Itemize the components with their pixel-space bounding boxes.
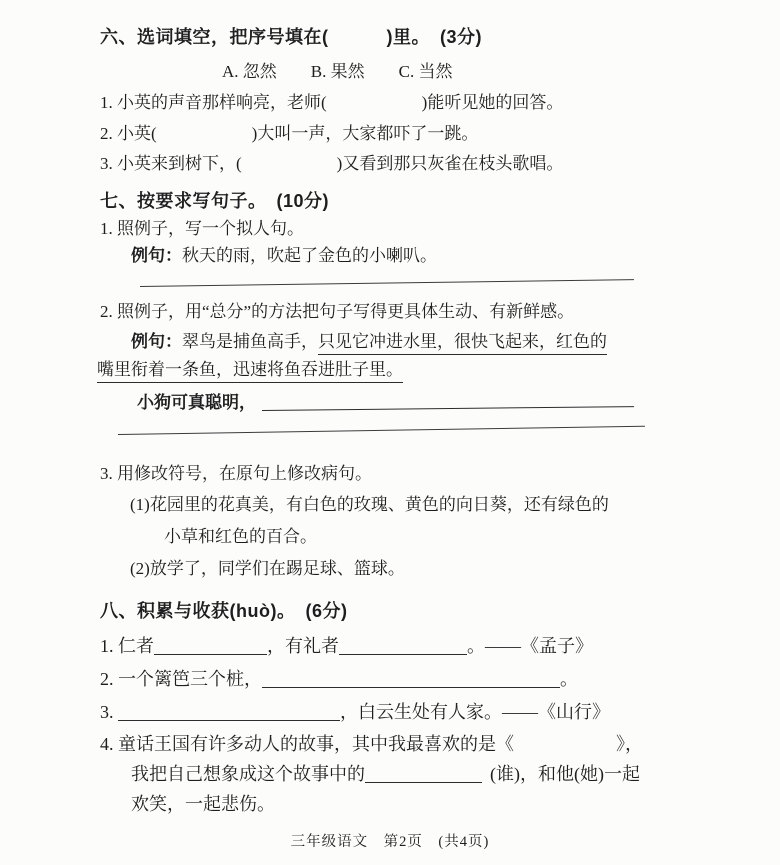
- section8-q4-line3: 欢笑，一起悲伤。: [131, 793, 275, 815]
- option-a: A. 忽然: [222, 62, 277, 81]
- test-paper-page: 六、选词填空，把序号填在()里。(3分) A. 忽然B. 果然C. 当然 1. …: [0, 0, 780, 865]
- question-text: ，白云生处有人家。: [340, 702, 502, 722]
- item-text: )能听见她的回答。: [422, 93, 564, 112]
- question-text: 。: [560, 669, 578, 689]
- section8-q2: 2. 一个篱笆三个桩，。: [100, 668, 578, 690]
- question-text: 1. 仁者: [100, 636, 154, 656]
- section6-title: 六、选词填空，把序号填在()里。(3分): [100, 26, 482, 48]
- answer-line: [140, 279, 634, 287]
- answer-blank: [262, 672, 560, 688]
- question-text: (1)花园里的花真美，有白色的玫瑰、黄色的向日葵，还有绿色的: [130, 495, 609, 514]
- section6-title-pre: 六、选词填空，把序号填在(: [100, 27, 329, 47]
- prompt-text: 小狗可真聪明，: [137, 393, 256, 412]
- section8-title-text: 八、积累与收获(huò)。: [100, 601, 295, 621]
- section6-item-2: 2. 小英()大叫一声，大家都吓了一跳。: [100, 123, 478, 145]
- section7-q3-sub1-line1: (1)花园里的花真美，有白色的玫瑰、黄色的向日葵，还有绿色的: [130, 494, 609, 516]
- question-text: 2. 照例子，用“总分”的方法把句子写得更具体生动、有新鲜感。: [100, 302, 574, 321]
- section6-score: (3分): [440, 27, 482, 47]
- answer-blank: [262, 391, 634, 411]
- item-text: 1. 小英的声音那样响亮，老师(: [100, 93, 327, 112]
- example-label: 例句：: [131, 332, 182, 351]
- item-text: )又看到那只灰雀在枝头歌唱。: [337, 154, 564, 173]
- example-label: 例句：: [131, 246, 182, 265]
- answer-blank: [154, 639, 267, 655]
- question-text: 3.: [100, 702, 118, 722]
- question-text: (2)放学了，同学们在踢足球、篮球。: [130, 559, 405, 578]
- section7-q1-example: 例句：秋天的雨，吹起了金色的小喇叭。: [131, 245, 437, 267]
- question-text: 。: [467, 636, 485, 656]
- option-c: C. 当然: [399, 62, 453, 81]
- question-text: 2. 一个篱笆三个桩，: [100, 669, 262, 689]
- answer-line: [118, 426, 645, 435]
- question-text: 1. 照例子，写一个拟人句。: [100, 219, 304, 238]
- section8-q3: 3. ，白云生处有人家。——《山行》: [100, 701, 610, 723]
- item-text: 2. 小英(: [100, 124, 157, 143]
- source-citation: ——《孟子》: [485, 636, 593, 656]
- section7-q1: 1. 照例子，写一个拟人句。: [100, 218, 304, 240]
- example-underlined-text: 嘴里衔着一条鱼，迅速将鱼吞进肚子里。: [97, 360, 403, 383]
- section8-score: (6分): [305, 601, 347, 621]
- section6-options: A. 忽然B. 果然C. 当然: [222, 61, 452, 83]
- answer-blank: [365, 767, 482, 783]
- section7-q2-example-line1: 例句：翠鸟是捕鱼高手，只见它冲进水里，很快飞起来，红色的: [131, 331, 607, 353]
- section7-q2: 2. 照例子，用“总分”的方法把句子写得更具体生动、有新鲜感。: [100, 301, 574, 323]
- page-footer: 三年级语文 第2页 (共4页): [0, 831, 780, 853]
- source-citation: ——《山行》: [502, 702, 610, 722]
- section6-item-1: 1. 小英的声音那样响亮，老师()能听见她的回答。: [100, 92, 563, 114]
- question-text: 3. 用修改符号，在原句上修改病句。: [100, 464, 372, 483]
- question-text: 》，: [616, 734, 643, 754]
- section7-q2-prompt: 小狗可真聪明，: [137, 392, 634, 414]
- question-text: 4. 童话王国有许多动人的故事，其中我最喜欢的是《: [100, 734, 514, 754]
- section7-q3-sub2: (2)放学了，同学们在踢足球、篮球。: [130, 558, 405, 580]
- item-text: 3. 小英来到树下，(: [100, 154, 242, 173]
- question-text: ，有礼者: [267, 636, 339, 656]
- question-text: 我把自己想象成这个故事中的: [131, 764, 365, 784]
- footer-text: 三年级语文 第2页 (共4页): [291, 834, 490, 850]
- section8-q1: 1. 仁者，有礼者。——《孟子》: [100, 635, 593, 657]
- answer-blank: [339, 639, 467, 655]
- question-text: 小草和红色的百合。: [164, 527, 317, 546]
- section8-q4-line2: 我把自己想象成这个故事中的(谁)，和他(她)一起: [131, 763, 640, 785]
- item-text: )大叫一声，大家都吓了一跳。: [252, 124, 479, 143]
- section6-title-post: )里。: [387, 27, 431, 47]
- section7-title: 七、按要求写句子。(10分): [100, 190, 329, 212]
- example-underlined-text: 只见它冲进水里，很快飞起来，红色的: [318, 332, 607, 355]
- section8-q4-line1: 4. 童话王国有许多动人的故事，其中我最喜欢的是《》，: [100, 733, 643, 755]
- section7-q2-example-line2: 嘴里衔着一条鱼，迅速将鱼吞进肚子里。: [97, 359, 403, 381]
- section6-item-3: 3. 小英来到树下，()又看到那只灰雀在枝头歌唱。: [100, 153, 563, 175]
- question-text: (谁)，和他(她)一起: [490, 764, 640, 784]
- section7-q3-sub1-line2: 小草和红色的百合。: [164, 526, 317, 548]
- option-b: B. 果然: [311, 62, 365, 81]
- question-text: 欢笑，一起悲伤。: [131, 794, 275, 814]
- section8-title: 八、积累与收获(huò)。(6分): [100, 600, 347, 622]
- section7-title-text: 七、按要求写句子。: [100, 191, 267, 211]
- example-text: 秋天的雨，吹起了金色的小喇叭。: [182, 246, 437, 265]
- answer-blank: [118, 705, 340, 721]
- section7-score: (10分): [277, 191, 330, 211]
- example-text: 翠鸟是捕鱼高手，: [182, 332, 318, 351]
- section7-q3: 3. 用修改符号，在原句上修改病句。: [100, 463, 372, 485]
